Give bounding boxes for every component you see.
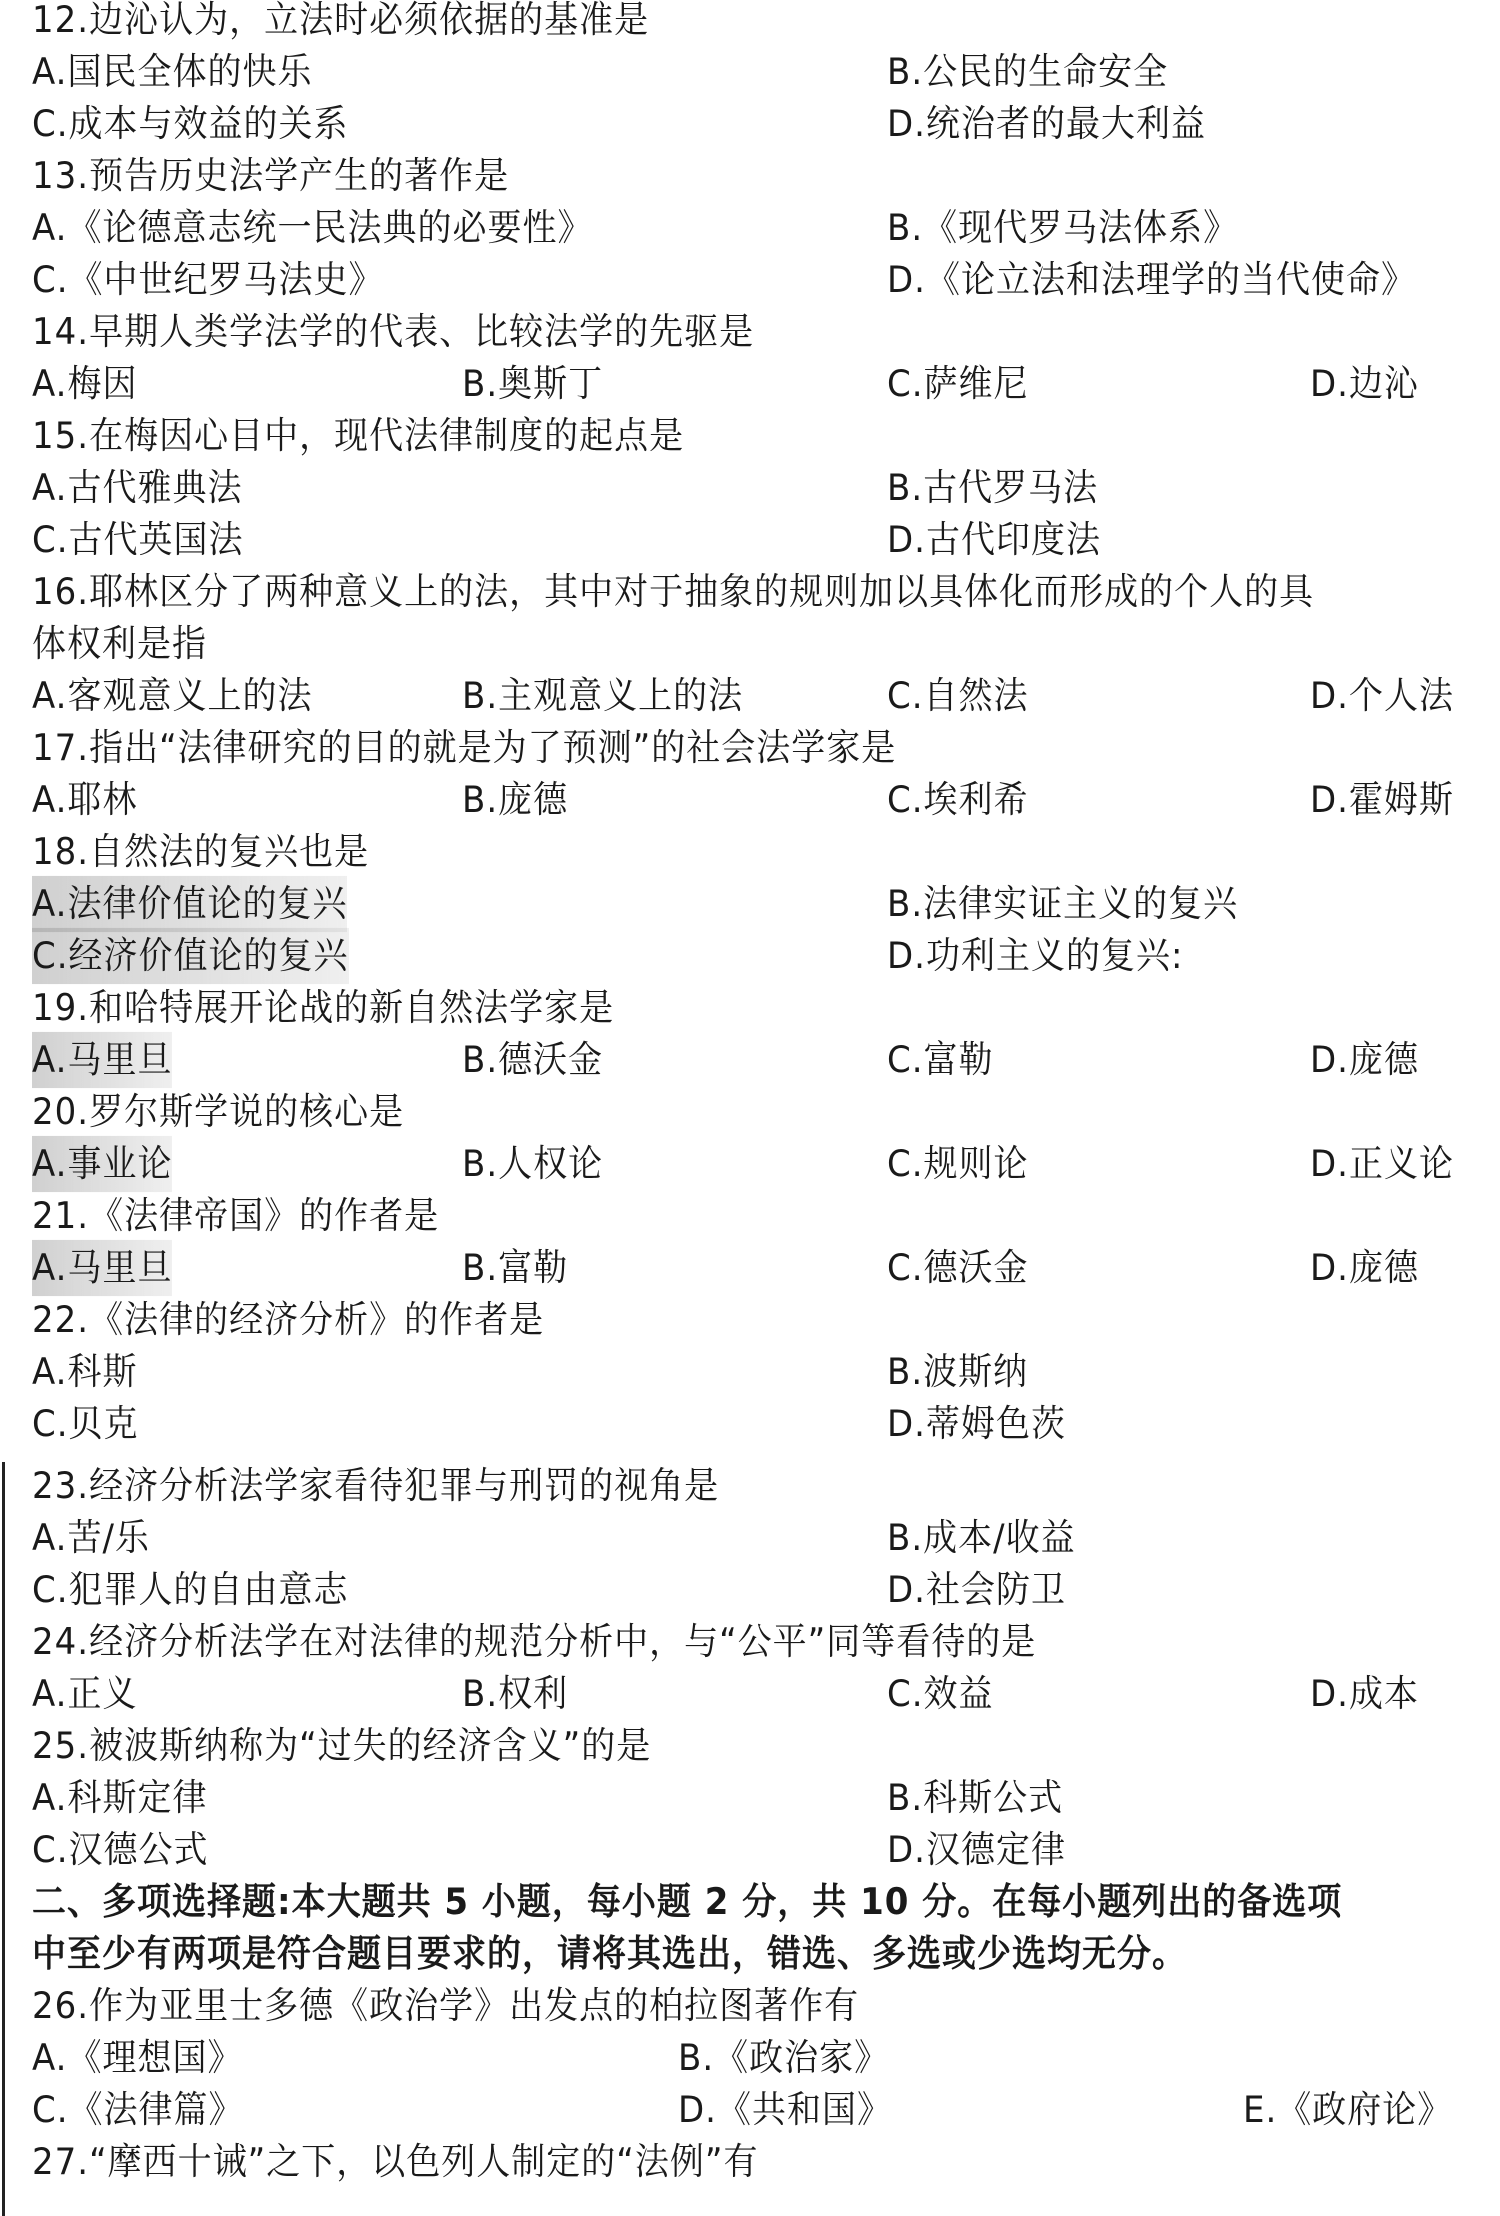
options-row: C.经济价值论的复兴 D.功利主义的复兴: bbox=[0, 928, 1500, 984]
option-e[interactable]: E.《政府论》 bbox=[1243, 2082, 1452, 2138]
options-row: A.梅因 B.奥斯丁 C.萨维尼 D.边沁 bbox=[0, 356, 1500, 412]
option-d[interactable]: D.社会防卫 bbox=[887, 1562, 1066, 1618]
option-d[interactable]: D.成本 bbox=[1310, 1666, 1419, 1722]
question-text: 12.边沁认为，立法时必须依据的基准是 bbox=[32, 0, 649, 48]
options-row: C.《法律篇》 D.《共和国》 E.《政府论》 bbox=[0, 2082, 1500, 2138]
question-text: 17.指出“法律研究的目的就是为了预测”的社会法学家是 bbox=[32, 720, 896, 776]
question-23: 23.经济分析法学家看待犯罪与刑罚的视角是 bbox=[0, 1458, 1500, 1514]
question-text: 22.《法律的经济分析》的作者是 bbox=[32, 1292, 544, 1348]
option-a[interactable]: A.马里旦 bbox=[32, 1240, 172, 1296]
question-22: 22.《法律的经济分析》的作者是 bbox=[0, 1292, 1500, 1348]
question-text: 20.罗尔斯学说的核心是 bbox=[32, 1084, 404, 1140]
options-row: C.成本与效益的关系 D.统治者的最大利益 bbox=[0, 96, 1500, 152]
question-26: 26.作为亚里士多德《政治学》出发点的柏拉图著作有 bbox=[0, 1978, 1500, 2034]
question-text: 25.被波斯纳称为“过失的经济含义”的是 bbox=[32, 1718, 651, 1774]
options-row: C.贝克 D.蒂姆色茨 bbox=[0, 1396, 1500, 1452]
options-row: C.汉德公式 D.汉德定律 bbox=[0, 1822, 1500, 1878]
option-a[interactable]: A.《理想国》 bbox=[32, 2030, 242, 2086]
options-row: A.科斯 B.波斯纳 bbox=[0, 1344, 1500, 1400]
option-b[interactable]: B.人权论 bbox=[462, 1136, 603, 1192]
option-d[interactable]: D.庞德 bbox=[1310, 1032, 1419, 1088]
options-row: A.古代雅典法 B.古代罗马法 bbox=[0, 460, 1500, 516]
option-c[interactable]: C.古代英国法 bbox=[32, 512, 244, 568]
question-text: 23.经济分析法学家看待犯罪与刑罚的视角是 bbox=[32, 1458, 719, 1514]
question-13: 13.预告历史法学产生的著作是 bbox=[0, 148, 1500, 204]
option-b[interactable]: B.主观意义上的法 bbox=[462, 668, 743, 724]
option-b[interactable]: B.成本/收益 bbox=[887, 1510, 1076, 1566]
option-a[interactable]: A.科斯定律 bbox=[32, 1770, 207, 1826]
option-b[interactable]: B.《现代罗马法体系》 bbox=[887, 200, 1238, 256]
options-row: A.正义 B.权利 C.效益 D.成本 bbox=[0, 1666, 1500, 1722]
options-row: A.马里旦 B.德沃金 C.富勒 D.庞德 bbox=[0, 1032, 1500, 1088]
question-text: 26.作为亚里士多德《政治学》出发点的柏拉图著作有 bbox=[32, 1978, 859, 2034]
question-21: 21.《法律帝国》的作者是 bbox=[0, 1188, 1500, 1244]
option-c[interactable]: C.规则论 bbox=[887, 1136, 1029, 1192]
option-c[interactable]: C.犯罪人的自由意志 bbox=[32, 1562, 349, 1618]
option-b[interactable]: B.《政治家》 bbox=[678, 2030, 889, 2086]
option-d[interactable]: D.蒂姆色茨 bbox=[887, 1396, 1066, 1452]
option-b[interactable]: B.奥斯丁 bbox=[462, 356, 603, 412]
options-row: A.马里旦 B.富勒 C.德沃金 D.庞德 bbox=[0, 1240, 1500, 1296]
question-15: 15.在梅因心目中，现代法律制度的起点是 bbox=[0, 408, 1500, 464]
question-14: 14.早期人类学法学的代表、比较法学的先驱是 bbox=[0, 304, 1500, 360]
option-b[interactable]: B.古代罗马法 bbox=[887, 460, 1098, 516]
option-d[interactable]: D.庞德 bbox=[1310, 1240, 1419, 1296]
option-c[interactable]: C.萨维尼 bbox=[887, 356, 1029, 412]
section-heading-line-1: 二、多项选择题:本大题共 5 小题，每小题 2 分，共 10 分。在每小题列出的… bbox=[32, 1874, 1342, 1930]
options-row: A.科斯定律 B.科斯公式 bbox=[0, 1770, 1500, 1826]
option-d[interactable]: D.《共和国》 bbox=[678, 2082, 892, 2138]
question-text: 18.自然法的复兴也是 bbox=[32, 824, 369, 880]
question-16-continued: 体权利是指 bbox=[0, 616, 1500, 672]
option-a[interactable]: A.国民全体的快乐 bbox=[32, 44, 312, 100]
option-b[interactable]: B.庞德 bbox=[462, 772, 568, 828]
option-c[interactable]: C.富勒 bbox=[887, 1032, 994, 1088]
option-c[interactable]: C.自然法 bbox=[887, 668, 1029, 724]
question-text: 21.《法律帝国》的作者是 bbox=[32, 1188, 439, 1244]
question-27: 27.“摩西十诫”之下，以色列人制定的“法例”有 bbox=[0, 2134, 1500, 2190]
question-text-continued: 体权利是指 bbox=[32, 616, 207, 672]
option-d[interactable]: D.霍姆斯 bbox=[1310, 772, 1454, 828]
question-text: 19.和哈特展开论战的新自然法学家是 bbox=[32, 980, 614, 1036]
option-c[interactable]: C.汉德公式 bbox=[32, 1822, 209, 1878]
options-row: A.事业论 B.人权论 C.规则论 D.正义论 bbox=[0, 1136, 1500, 1192]
options-row: A.苦/乐 B.成本/收益 bbox=[0, 1510, 1500, 1566]
options-row: A.《理想国》 B.《政治家》 bbox=[0, 2030, 1500, 2086]
question-text: 14.早期人类学法学的代表、比较法学的先驱是 bbox=[32, 304, 754, 360]
question-18: 18.自然法的复兴也是 bbox=[0, 824, 1500, 880]
question-25: 25.被波斯纳称为“过失的经济含义”的是 bbox=[0, 1718, 1500, 1774]
option-a[interactable]: A.科斯 bbox=[32, 1344, 137, 1400]
option-a[interactable]: A.法律价值论的复兴 bbox=[32, 876, 347, 932]
option-a[interactable]: A.梅因 bbox=[32, 356, 137, 412]
option-c[interactable]: C.贝克 bbox=[32, 1396, 139, 1452]
option-d[interactable]: D.个人法 bbox=[1310, 668, 1454, 724]
option-a[interactable]: A.正义 bbox=[32, 1666, 137, 1722]
option-a[interactable]: A.古代雅典法 bbox=[32, 460, 242, 516]
options-row: A.《论德意志统一民法典的必要性》 B.《现代罗马法体系》 bbox=[0, 200, 1500, 256]
option-c[interactable]: C.经济价值论的复兴 bbox=[32, 928, 349, 984]
question-17: 17.指出“法律研究的目的就是为了预测”的社会法学家是 bbox=[0, 720, 1500, 776]
option-b[interactable]: B.波斯纳 bbox=[887, 1344, 1028, 1400]
option-b[interactable]: B.科斯公式 bbox=[887, 1770, 1063, 1826]
question-16: 16.耶林区分了两种意义上的法，其中对于抽象的规则加以具体化而形成的个人的具 bbox=[0, 564, 1500, 620]
option-b[interactable]: B.富勒 bbox=[462, 1240, 568, 1296]
section-heading-line-2: 中至少有两项是符合题目要求的，请将其选出，错选、多选或少选均无分。 bbox=[32, 1926, 1187, 1982]
option-b[interactable]: B.法律实证主义的复兴 bbox=[887, 876, 1238, 932]
option-a[interactable]: A.事业论 bbox=[32, 1136, 172, 1192]
option-a[interactable]: A.马里旦 bbox=[32, 1032, 172, 1088]
option-a[interactable]: A.《论德意志统一民法典的必要性》 bbox=[32, 200, 592, 256]
question-19: 19.和哈特展开论战的新自然法学家是 bbox=[0, 980, 1500, 1036]
option-a[interactable]: A.耶林 bbox=[32, 772, 137, 828]
exam-page: 12.边沁认为，立法时必须依据的基准是 A.国民全体的快乐 B.公民的生命安全 … bbox=[0, 0, 1500, 2216]
options-row: A.国民全体的快乐 B.公民的生命安全 bbox=[0, 44, 1500, 100]
options-row: C.犯罪人的自由意志 D.社会防卫 bbox=[0, 1562, 1500, 1618]
option-a[interactable]: A.客观意义上的法 bbox=[32, 668, 312, 724]
option-c[interactable]: C.《中世纪罗马法史》 bbox=[32, 252, 384, 308]
options-row: A.法律价值论的复兴 B.法律实证主义的复兴 bbox=[0, 876, 1500, 932]
option-d[interactable]: D.正义论 bbox=[1310, 1136, 1454, 1192]
options-row: C.《中世纪罗马法史》 D.《论立法和法理学的当代使命》 bbox=[0, 252, 1500, 308]
question-text: 27.“摩西十诫”之下，以色列人制定的“法例”有 bbox=[32, 2134, 759, 2190]
option-b[interactable]: B.公民的生命安全 bbox=[887, 44, 1168, 100]
section-2-heading-continued: 中至少有两项是符合题目要求的，请将其选出，错选、多选或少选均无分。 bbox=[0, 1926, 1500, 1982]
option-b[interactable]: B.德沃金 bbox=[462, 1032, 603, 1088]
option-c[interactable]: C.效益 bbox=[887, 1666, 994, 1722]
section-2-heading: 二、多项选择题:本大题共 5 小题，每小题 2 分，共 10 分。在每小题列出的… bbox=[0, 1874, 1500, 1930]
option-d[interactable]: D.《论立法和法理学的当代使命》 bbox=[887, 252, 1416, 308]
question-text: 24.经济分析法学在对法律的规范分析中，与“公平”同等看待的是 bbox=[32, 1614, 1036, 1670]
option-d[interactable]: D.汉德定律 bbox=[887, 1822, 1066, 1878]
option-d[interactable]: D.统治者的最大利益 bbox=[887, 96, 1206, 152]
option-c[interactable]: C.成本与效益的关系 bbox=[32, 96, 349, 152]
option-d[interactable]: D.边沁 bbox=[1310, 356, 1419, 412]
option-a[interactable]: A.苦/乐 bbox=[32, 1510, 150, 1566]
question-20: 20.罗尔斯学说的核心是 bbox=[0, 1084, 1500, 1140]
question-12: 12.边沁认为，立法时必须依据的基准是 bbox=[0, 0, 1500, 48]
options-row: C.古代英国法 D.古代印度法 bbox=[0, 512, 1500, 568]
question-text: 15.在梅因心目中，现代法律制度的起点是 bbox=[32, 408, 684, 464]
option-b[interactable]: B.权利 bbox=[462, 1666, 568, 1722]
options-row: A.耶林 B.庞德 C.埃利希 D.霍姆斯 bbox=[0, 772, 1500, 828]
question-text: 16.耶林区分了两种意义上的法，其中对于抽象的规则加以具体化而形成的个人的具 bbox=[32, 564, 1314, 620]
option-c[interactable]: C.德沃金 bbox=[887, 1240, 1029, 1296]
question-24: 24.经济分析法学在对法律的规范分析中，与“公平”同等看待的是 bbox=[0, 1614, 1500, 1670]
option-c[interactable]: C.埃利希 bbox=[887, 772, 1029, 828]
option-d[interactable]: D.功利主义的复兴: bbox=[887, 928, 1183, 984]
question-text: 13.预告历史法学产生的著作是 bbox=[32, 148, 509, 204]
options-row: A.客观意义上的法 B.主观意义上的法 C.自然法 D.个人法 bbox=[0, 668, 1500, 724]
option-c[interactable]: C.《法律篇》 bbox=[32, 2082, 244, 2138]
option-d[interactable]: D.古代印度法 bbox=[887, 512, 1101, 568]
